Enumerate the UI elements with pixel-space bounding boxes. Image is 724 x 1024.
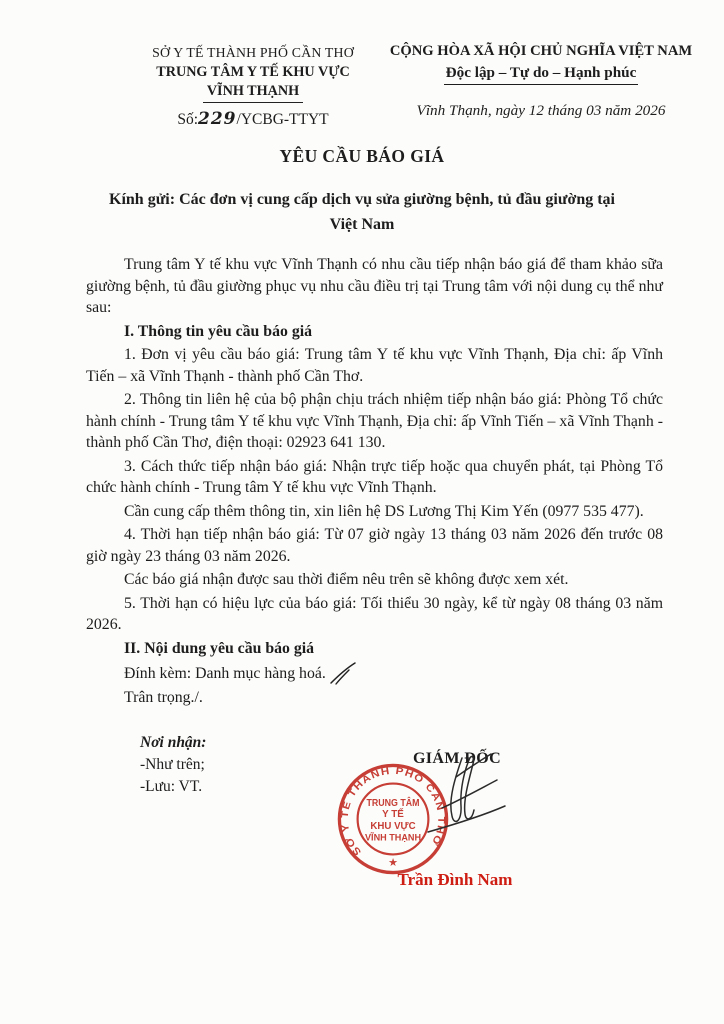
handwritten-signature: [398, 742, 533, 860]
doc-number-suffix: /YCBG-TTYT: [237, 111, 329, 128]
recipients-item-1: -Như trên;: [140, 754, 206, 776]
attachment-text: Đính kèm: Danh mục hàng hoá.: [124, 665, 326, 682]
attachment-line: Đính kèm: Danh mục hàng hoá.: [86, 661, 663, 685]
issuer-block: SỞ Y TẾ THÀNH PHỐ CẦN THƠ TRUNG TÂM Y TẾ…: [80, 44, 426, 129]
stamp-star-icon: ★: [388, 857, 398, 869]
item-5: 5. Thời hạn có hiệu lực của báo giá: Tối…: [86, 593, 663, 636]
doc-number-prefix: Số:: [177, 111, 198, 128]
recipients-block: Nơi nhận: -Như trên; -Lưu: VT.: [140, 732, 206, 798]
document-body: Trung tâm Y tế khu vực Vĩnh Thạnh có nhu…: [86, 254, 663, 711]
national-motto-line1: CỘNG HÒA XÃ HỘI CHỦ NGHĨA VIỆT NAM: [378, 42, 704, 61]
national-header-block: CỘNG HÒA XÃ HỘI CHỦ NGHĨA VIỆT NAM Độc l…: [378, 42, 704, 120]
doc-number-handwritten: 229: [198, 109, 237, 129]
recipients-item-2: -Lưu: VT.: [140, 776, 206, 798]
issuer-org-name-line2: VĨNH THẠNH: [80, 82, 426, 103]
section-1-heading: I. Thông tin yêu cầu báo giá: [86, 321, 663, 343]
closing-line: Trân trọng./.: [86, 687, 663, 709]
issuer-org-name-line1: TRUNG TÂM Y TẾ KHU VỰC: [80, 63, 426, 81]
handwritten-tick-mark: [328, 661, 358, 685]
contact-note: Cần cung cấp thêm thông tin, xin liên hệ…: [86, 501, 663, 523]
section-2-heading: II. Nội dung yêu cầu báo giá: [86, 638, 663, 660]
document-title: YÊU CẦU BÁO GIÁ: [0, 146, 724, 167]
late-quotation-note: Các báo giá nhận được sau thời điểm nêu …: [86, 569, 663, 591]
document-number: Số:229/YCBG-TTYT: [80, 110, 426, 129]
intro-paragraph: Trung tâm Y tế khu vực Vĩnh Thạnh có nhu…: [86, 254, 663, 319]
recipients-label: Nơi nhận:: [140, 732, 206, 754]
footer-block: Nơi nhận: -Như trên; -Lưu: VT. GIÁM ĐỐC …: [0, 724, 724, 1024]
recipient-line: Kính gửi: Các đơn vị cung cấp dịch vụ sử…: [100, 187, 624, 237]
scanned-document-page: SỞ Y TẾ THÀNH PHỐ CẦN THƠ TRUNG TÂM Y TẾ…: [0, 0, 724, 1024]
issuer-parent-org: SỞ Y TẾ THÀNH PHỐ CẦN THƠ: [80, 44, 426, 62]
national-motto-line2: Độc lập – Tự do – Hạnh phúc: [378, 63, 704, 85]
item-3: 3. Cách thức tiếp nhận báo giá: Nhận trự…: [86, 456, 663, 499]
place-and-date-line: Vĩnh Thạnh, ngày 12 tháng 03 năm 2026: [378, 101, 704, 120]
item-2: 2. Thông tin liên hệ của bộ phận chịu tr…: [86, 389, 663, 454]
item-4: 4. Thời hạn tiếp nhận báo giá: Từ 07 giờ…: [86, 524, 663, 567]
item-1: 1. Đơn vị yêu cầu báo giá: Trung tâm Y t…: [86, 344, 663, 387]
signer-name: Trần Đình Nam: [383, 870, 527, 890]
